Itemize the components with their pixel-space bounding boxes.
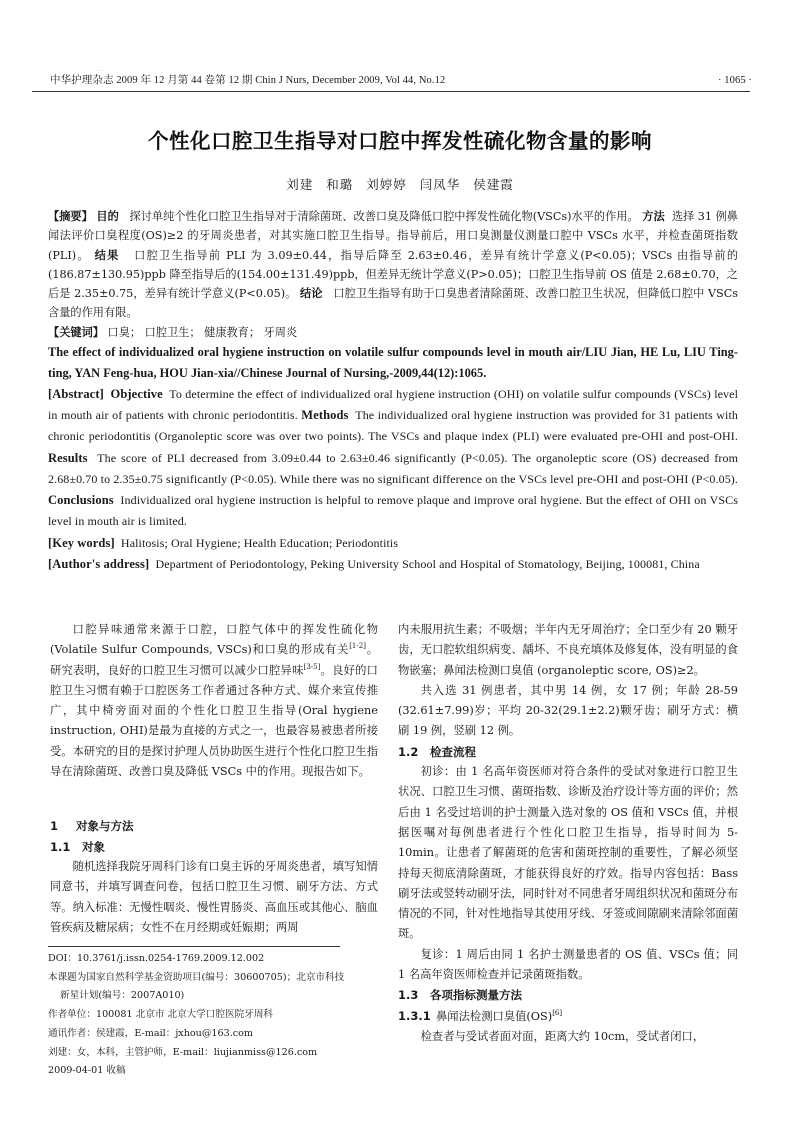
address-text: Department of Periodontology, Peking Uni…: [155, 557, 699, 571]
english-keywords: [Key words] Halitosis; Oral Hygiene; Hea…: [48, 533, 738, 554]
chinese-keywords: 【关键词】 口臭； 口腔卫生； 健康教育； 牙周炎: [48, 323, 738, 342]
section-number: 1.2: [398, 742, 430, 762]
intro-text: 口腔异味通常来源于口腔，口腔气体中的挥发性硫化物(Volatile Sulfur…: [50, 623, 378, 656]
demographics-paragraph: 共入选 31 例患者，其中男 14 例，女 17 例；年龄 28-59 (32.…: [398, 681, 738, 742]
abstract-label: 【摘要】: [48, 210, 93, 223]
subsection-heading: 1.2检查流程: [398, 742, 738, 762]
body-column-left: 口腔异味通常来源于口腔，口腔气体中的挥发性硫化物(Volatile Sulfur…: [50, 620, 378, 938]
doi: DOI：10.3761/j.issn.0254-1769.2009.12.002: [48, 950, 388, 969]
affiliation: 作者单位：100081 北京市 北京大学口腔医院牙周科: [48, 1006, 388, 1025]
author-list: 刘建 和璐 刘婷婷 闫凤华 侯建霞: [0, 175, 800, 193]
english-abstract: [Abstract] Objective To determine the ef…: [48, 384, 738, 532]
chinese-abstract: 【摘要】 目的 探讨单纯个性化口腔卫生指导对于清除菌斑、改善口臭及降低口腔中挥发…: [48, 207, 738, 323]
keywords-text: 口臭； 口腔卫生； 健康教育； 牙周炎: [108, 326, 298, 339]
running-header: 中华护理杂志 2009 年 12 月第 44 卷第 12 期 Chin J Nu…: [50, 71, 752, 91]
results-label: 结果: [95, 249, 120, 262]
subjects-paragraph-cont: 内未服用抗生素；不吸烟；半年内无牙周治疗；全口至少有 20 颗牙齿，无口腔软组织…: [398, 620, 738, 681]
abstract-section: 【摘要】 目的 探讨单纯个性化口腔卫生指导对于清除菌斑、改善口臭及降低口腔中挥发…: [48, 207, 738, 575]
methods-en-label: Methods: [301, 408, 348, 422]
keywords-en-label: [Key words]: [48, 536, 115, 550]
section-title: 检查流程: [430, 745, 476, 759]
footnote-divider: [48, 946, 340, 947]
conclusions-en-text: Individualized oral hygiene instruction …: [48, 493, 738, 528]
subsection-heading: 1.1对象: [50, 837, 378, 857]
section-number: 1.3.1: [398, 1006, 436, 1026]
objective-en-label: Objective: [111, 387, 163, 401]
conclusion-label: 结论: [300, 287, 323, 300]
keywords-label: 【关键词】: [48, 326, 104, 339]
initial-visit-paragraph: 初诊：由 1 名高年资医师对符合条件的受试对象进行口腔卫生状况、口腔卫生习惯、菌…: [398, 762, 738, 945]
article-title: 个性化口腔卫生指导对口腔中挥发性硫化物含量的影响: [0, 124, 800, 154]
english-citation: The effect of individualized oral hygien…: [48, 342, 738, 384]
keywords-en-text: Halitosis; Oral Hygiene; Health Educatio…: [121, 536, 398, 550]
section-number: 1: [50, 816, 76, 836]
objective-label: 目的: [96, 210, 118, 223]
body-column-right: 内未服用抗生素；不吸烟；半年内无牙周治疗；全口至少有 20 颗牙齿，无口腔软组织…: [398, 620, 738, 1047]
section-title: 对象与方法: [76, 819, 134, 833]
page-number: · 1065 ·: [718, 71, 752, 91]
funding-note: 本课题为国家自然科学基金资助项目(编号：30600705)；北京市科技: [48, 969, 388, 988]
results-en-text: The score of PLI decreased from 3.09±0.4…: [48, 451, 738, 486]
section-title: 各项指标测量方法: [430, 988, 522, 1002]
abstract-en-label: [Abstract]: [48, 387, 104, 401]
author: 侯建霞: [473, 177, 514, 192]
author: 和璐: [326, 177, 353, 192]
citation-ref: [6]: [552, 1009, 562, 1017]
os-method-paragraph: 检查者与受试者面对面，距离大约 10cm，受试者闭口，: [398, 1027, 738, 1047]
author: 刘婷婷: [366, 177, 407, 192]
subsection-heading: 1.3各项指标测量方法: [398, 985, 738, 1005]
intro-text: 。良好的口腔卫生习惯有赖于口腔医务工作者通过各种方式、媒介来宣传推广，其中椅旁面…: [50, 664, 378, 778]
section-heading: 1对象与方法: [50, 816, 378, 836]
introduction-paragraph: 口腔异味通常来源于口腔，口腔气体中的挥发性硫化物(Volatile Sulfur…: [50, 620, 378, 782]
journal-info: 中华护理杂志 2009 年 12 月第 44 卷第 12 期 Chin J Nu…: [50, 75, 445, 86]
conclusions-en-label: Conclusions: [48, 493, 114, 507]
author-address: [Author's address] Department of Periodo…: [48, 554, 738, 575]
funding-note-cont: 新星计划(编号：2007A010): [48, 987, 388, 1006]
citation-ref: [1-2]: [349, 642, 366, 650]
corresponding-author: 通讯作者：侯建霞，E-mail：jxhou@163.com: [48, 1025, 388, 1044]
citation-ref: [3-5]: [304, 663, 321, 671]
section-title: 对象: [82, 840, 105, 854]
address-label: [Author's address]: [48, 557, 149, 571]
objective-text: 探讨单纯个性化口腔卫生指导对于清除菌斑、改善口臭及降低口腔中挥发性硫化物(VSC…: [130, 210, 639, 223]
received-date: 2009-04-01 收稿: [48, 1062, 388, 1081]
author: 刘建: [286, 177, 313, 192]
subjects-paragraph: 随机选择我院牙周科门诊有口臭主诉的牙周炎患者，填写知情同意书，并填写调查问卷，包…: [50, 857, 378, 938]
follow-up-paragraph: 复诊：1 周后由同 1 名护士测量患者的 OS 值、VSCs 值；同 1 名高年…: [398, 945, 738, 986]
footnotes: DOI：10.3761/j.issn.0254-1769.2009.12.002…: [48, 950, 388, 1081]
section-number: 1.3: [398, 985, 430, 1005]
section-title: 鼻闻法检测口臭值(OS): [436, 1010, 552, 1023]
first-author-info: 刘建：女，本科，主管护师，E-mail：liujianmiss@126.com: [48, 1044, 388, 1063]
results-en-label: Results: [48, 451, 88, 465]
header-divider: [32, 91, 750, 92]
author: 闫凤华: [420, 177, 461, 192]
section-number: 1.1: [50, 837, 82, 857]
methods-label: 方法: [642, 210, 664, 223]
subsubsection-heading: 1.3.1鼻闻法检测口臭值(OS)[6]: [398, 1006, 738, 1027]
